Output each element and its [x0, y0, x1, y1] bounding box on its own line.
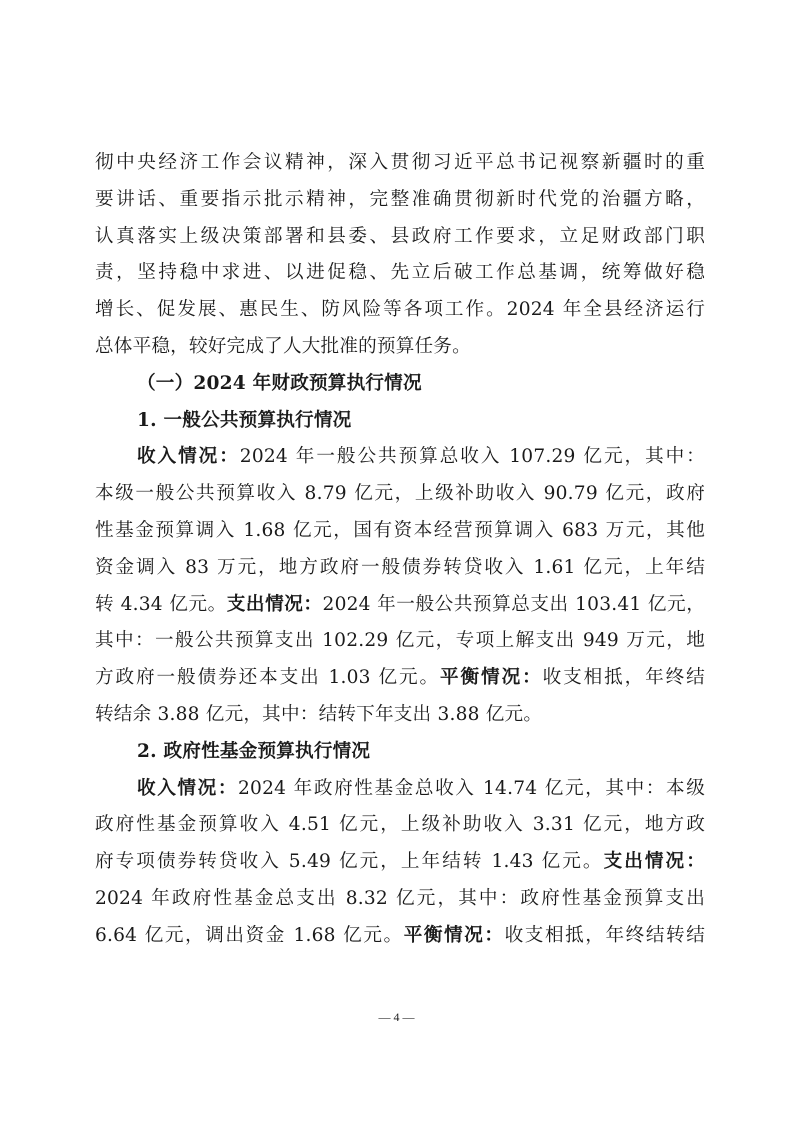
- label-expenditure: 支出情况：: [604, 851, 705, 872]
- paragraph-line: 增长、促发展、惠民生、防风险等各项工作。2024 年全县经济运行: [95, 292, 705, 329]
- label-income: 收入情况：: [137, 446, 240, 467]
- text: 收支相抵，年终结转结: [505, 925, 705, 946]
- paragraph-line: 收入情况：2024 年一般公共预算总收入 107.29 亿元，其中：: [95, 439, 705, 476]
- subsection-heading-gov-fund: 2. 政府性基金预算执行情况: [95, 734, 705, 771]
- page-number: — 4 —: [0, 1010, 793, 1025]
- text: 2024 年政府性基金总收入 14.74 亿元，其中：本级: [238, 778, 705, 799]
- paragraph-line: 转 4.34 亿元。支出情况：2024 年一般公共预算总支出 103.41 亿元…: [95, 587, 705, 624]
- subsection-heading-general-budget: 1. 一般公共预算执行情况: [95, 403, 705, 440]
- section-heading: （一）2024 年财政预算执行情况: [95, 366, 705, 403]
- label-balance: 平衡情况：: [404, 925, 505, 946]
- text: 6.64 亿元，调出资金 1.68 亿元。: [95, 925, 404, 946]
- text: 收支相抵，年终结: [543, 667, 705, 688]
- text: 府专项债券转贷收入 5.49 亿元，上年结转 1.43 亿元。: [95, 851, 604, 872]
- text: 方政府一般债券还本支出 1.03 亿元。: [95, 667, 440, 688]
- text: 2024 年一般公共预算总支出 103.41 亿元，: [323, 594, 705, 615]
- paragraph-line: 政府性基金预算收入 4.51 亿元，上级补助收入 3.31 亿元，地方政: [95, 807, 705, 844]
- paragraph-line: 本级一般公共预算收入 8.79 亿元，上级补助收入 90.79 亿元，政府: [95, 476, 705, 513]
- paragraph-line: 认真落实上级决策部署和县委、县政府工作要求，立足财政部门职: [95, 219, 705, 256]
- paragraph-line: 总体平稳，较好完成了人大批准的预算任务。: [95, 329, 705, 366]
- paragraph-line: 收入情况：2024 年政府性基金总收入 14.74 亿元，其中：本级: [95, 771, 705, 808]
- paragraph-line: 6.64 亿元，调出资金 1.68 亿元。平衡情况：收支相抵，年终结转结: [95, 918, 705, 955]
- paragraph-line: 责，坚持稳中求进、以进促稳、先立后破工作总基调，统筹做好稳: [95, 255, 705, 292]
- paragraph-line: 转结余 3.88 亿元，其中：结转下年支出 3.88 亿元。: [95, 697, 705, 734]
- paragraph-line: 要讲话、重要指示批示精神，完整准确贯彻新时代党的治疆方略，: [95, 182, 705, 219]
- text: 转 4.34 亿元。: [95, 594, 227, 615]
- paragraph-line: 2024 年政府性基金总支出 8.32 亿元，其中：政府性基金预算支出: [95, 881, 705, 918]
- label-balance: 平衡情况：: [440, 667, 543, 688]
- paragraph-line: 方政府一般债券还本支出 1.03 亿元。平衡情况：收支相抵，年终结: [95, 660, 705, 697]
- paragraph-line: 府专项债券转贷收入 5.49 亿元，上年结转 1.43 亿元。支出情况：: [95, 844, 705, 881]
- text: 2024 年一般公共预算总收入 107.29 亿元，其中：: [240, 446, 705, 467]
- paragraph-line: 资金调入 83 万元，地方政府一般债券转贷收入 1.61 亿元，上年结: [95, 550, 705, 587]
- paragraph-line: 彻中央经济工作会议精神，深入贯彻习近平总书记视察新疆时的重: [95, 145, 705, 182]
- paragraph-line: 性基金预算调入 1.68 亿元，国有资本经营预算调入 683 万元，其他: [95, 513, 705, 550]
- paragraph-line: 其中：一般公共预算支出 102.29 亿元，专项上解支出 949 万元，地: [95, 623, 705, 660]
- document-page: 彻中央经济工作会议精神，深入贯彻习近平总书记视察新疆时的重 要讲话、重要指示批示…: [95, 145, 705, 955]
- label-expenditure: 支出情况：: [227, 594, 323, 615]
- label-income: 收入情况：: [137, 778, 238, 799]
